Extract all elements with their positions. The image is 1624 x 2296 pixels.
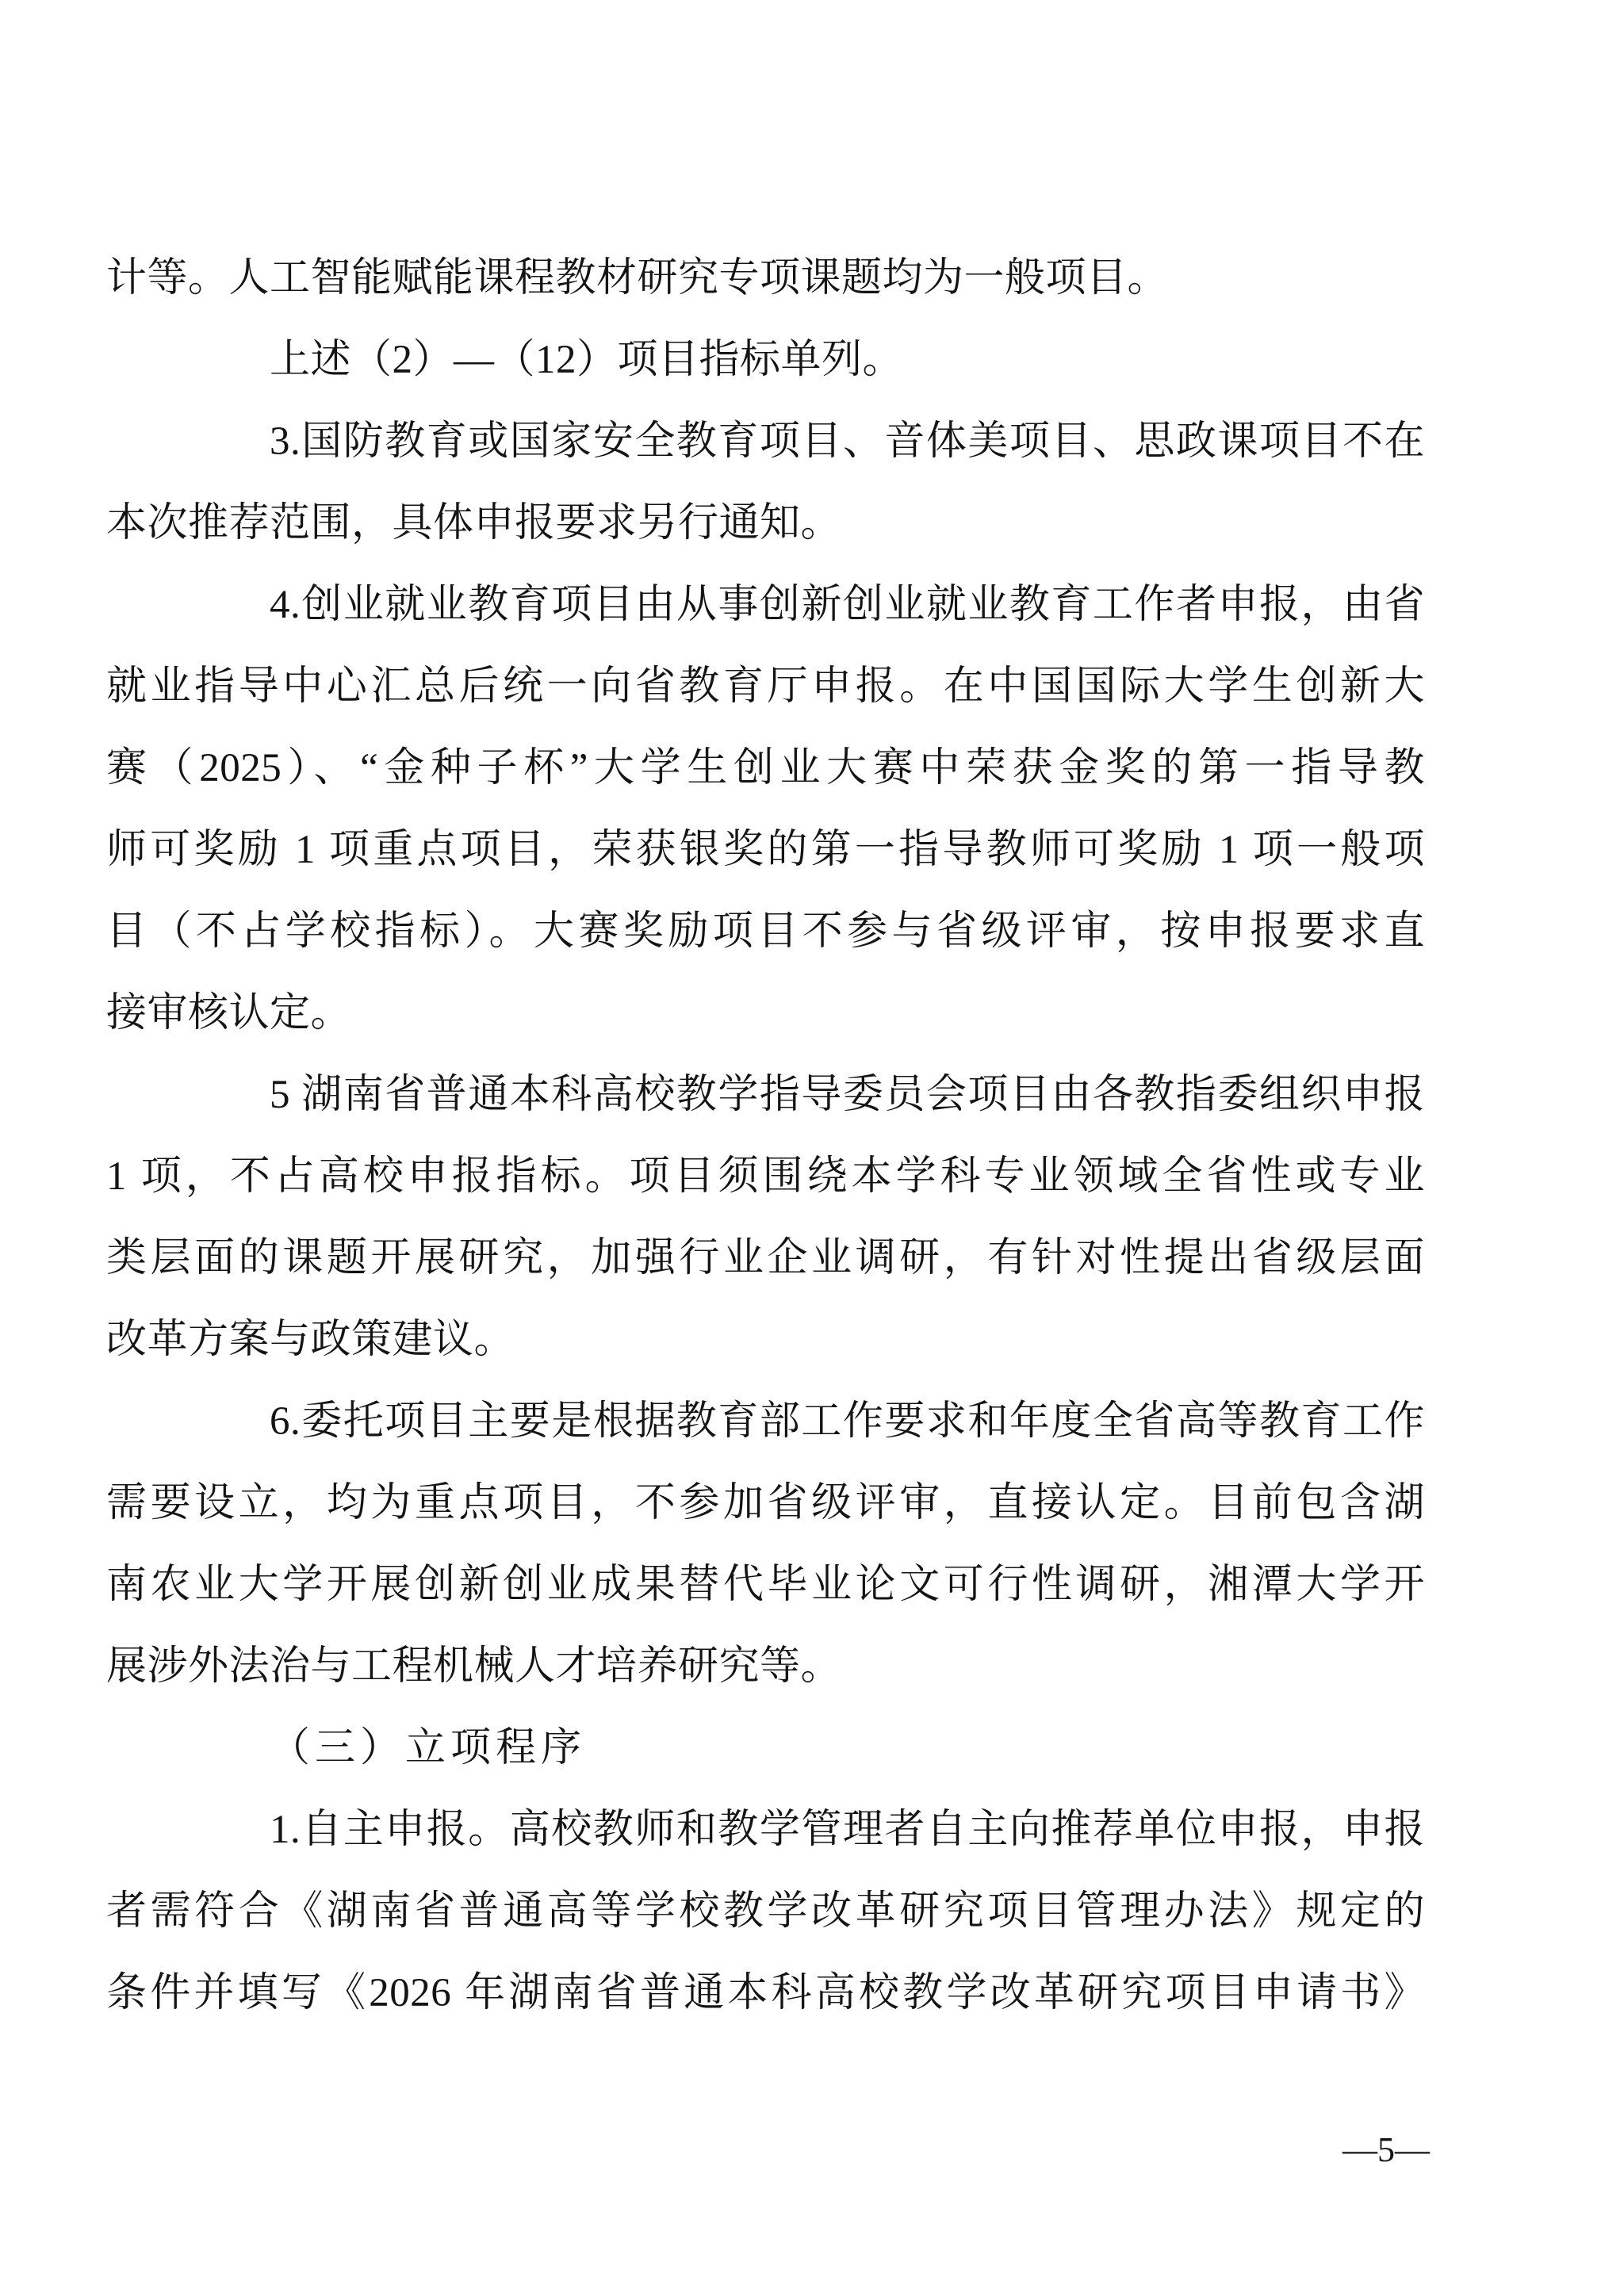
text-line: 目（不占学校指标）。大赛奖励项目不参与省级评审，按申报要求直 xyxy=(106,891,1425,973)
text-line: 5 湖南省普通本科高校教学指导委员会项目由各教指委组织申报 xyxy=(106,1054,1425,1136)
text-line: 3.国防教育或国家安全教育项目、音体美项目、思政课项目不在 xyxy=(106,401,1425,483)
document-page: 计等。人工智能赋能课程教材研究专项课题均为一般项目。上述（2）—（12）项目指标… xyxy=(0,0,1624,2296)
text-line: 计等。人工智能赋能课程教材研究专项课题均为一般项目。 xyxy=(106,238,1425,320)
text-line: 需要设立，均为重点项目，不参加省级评审，直接认定。目前包含湖 xyxy=(106,1463,1425,1544)
document-body: 计等。人工智能赋能课程教材研究专项课题均为一般项目。上述（2）—（12）项目指标… xyxy=(106,238,1425,2034)
section-heading: （三）立项程序 xyxy=(106,1708,1425,1789)
text-line: 类层面的课题开展研究，加强行业企业调研，有针对性提出省级层面 xyxy=(106,1218,1425,1299)
text-line: 1.自主申报。高校教师和教学管理者自主向推荐单位申报，申报 xyxy=(106,1789,1425,1871)
text-line: 南农业大学开展创新创业成果替代毕业论文可行性调研，湘潭大学开 xyxy=(106,1544,1425,1626)
text-line: 4.创业就业教育项目由从事创新创业就业教育工作者申报，由省 xyxy=(106,564,1425,646)
text-line: 师可奖励 1 项重点项目，荣获银奖的第一指导教师可奖励 1 项一般项 xyxy=(106,809,1425,891)
text-line: 赛（2025）、“金种子杯”大学生创业大赛中荣获金奖的第一指导教 xyxy=(106,728,1425,809)
page-number: —5— xyxy=(1342,2130,1430,2171)
text-line: 6.委托项目主要是根据教育部工作要求和年度全省高等教育工作 xyxy=(106,1381,1425,1463)
text-line: 者需符合《湖南省普通高等学校教学改革研究项目管理办法》规定的 xyxy=(106,1871,1425,1953)
text-line: 展涉外法治与工程机械人才培养研究等。 xyxy=(106,1626,1425,1708)
text-line: 1 项，不占高校申报指标。项目须围绕本学科专业领域全省性或专业 xyxy=(106,1136,1425,1218)
text-line: 本次推荐范围，具体申报要求另行通知。 xyxy=(106,483,1425,564)
text-line: 改革方案与政策建议。 xyxy=(106,1299,1425,1381)
text-line: 上述（2）—（12）项目指标单列。 xyxy=(106,320,1425,401)
text-line: 就业指导中心汇总后统一向省教育厅申报。在中国国际大学生创新大 xyxy=(106,646,1425,728)
text-line: 接审核认定。 xyxy=(106,973,1425,1054)
text-line: 条件并填写《2026 年湖南省普通本科高校教学改革研究项目申请书》 xyxy=(106,1953,1425,2034)
